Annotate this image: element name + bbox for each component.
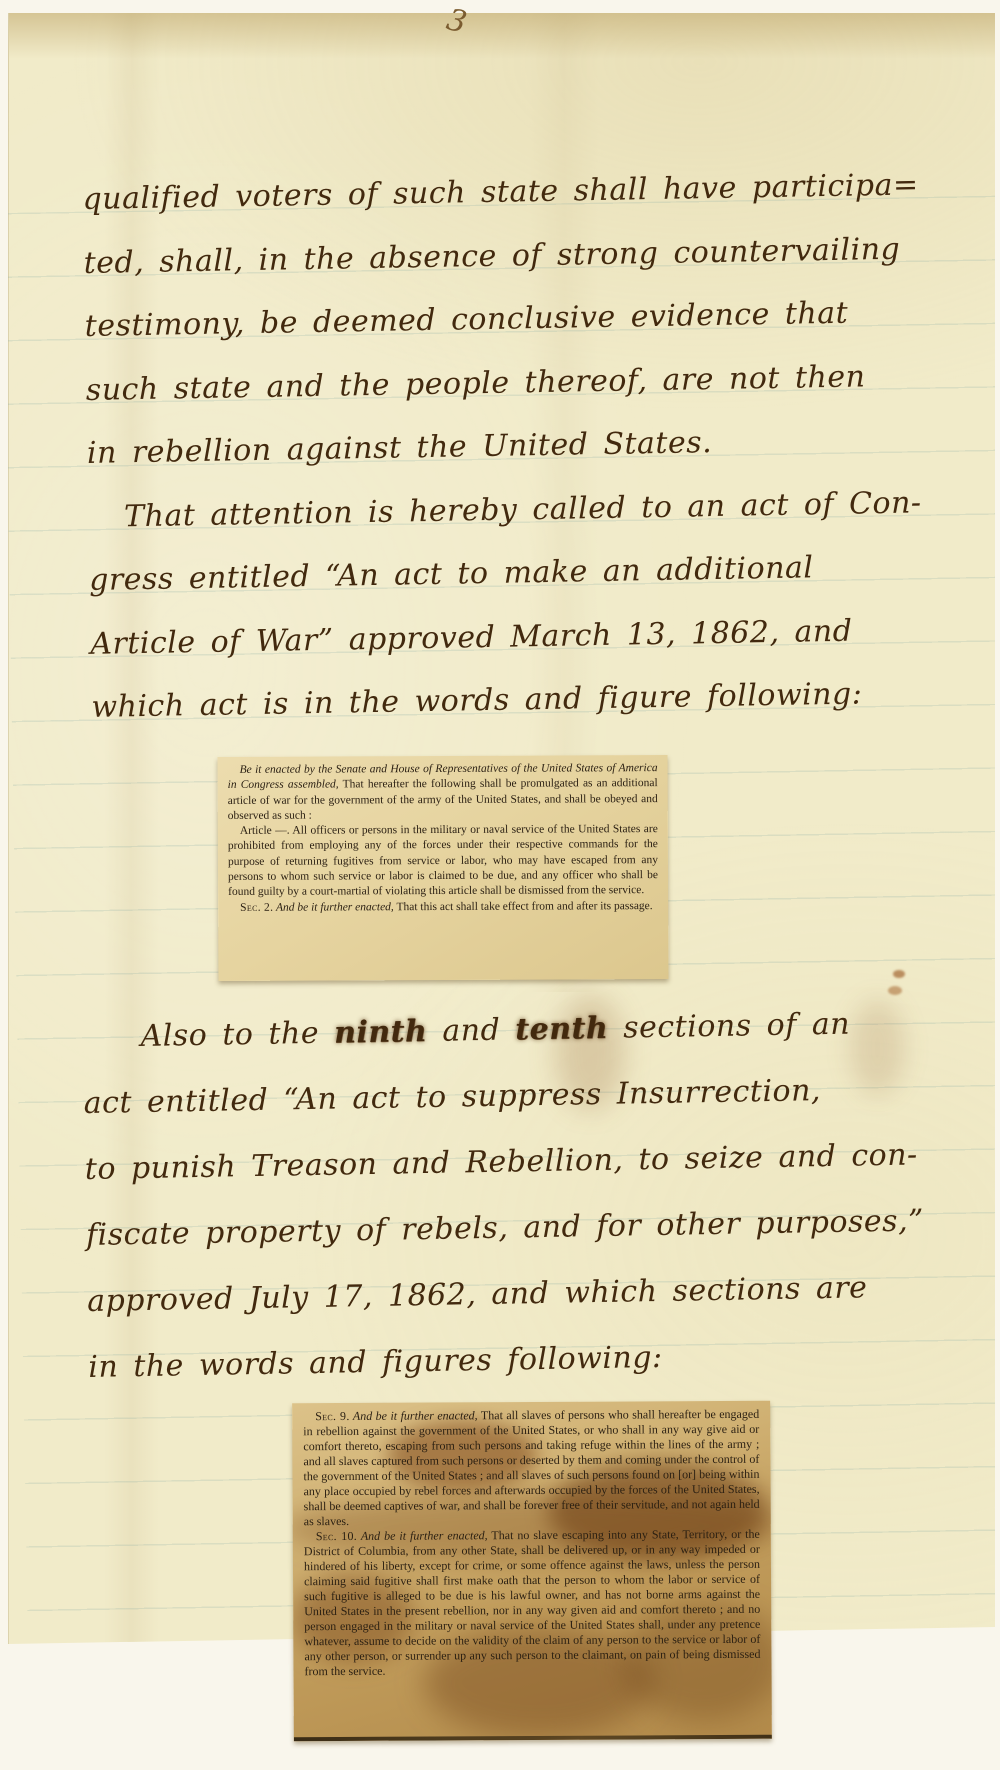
corrected-word: ninth — [334, 1014, 428, 1051]
enacting-clause: And be it further enacted, — [357, 1528, 488, 1543]
handwriting-segment: sections of an — [608, 1007, 850, 1046]
clipping-paragraph: Article —. All officers or persons in th… — [228, 822, 658, 900]
paragraph-text: Article —. All officers or persons in th… — [228, 823, 658, 898]
handwritten-paragraph-2: Also to the ninth and tenth sections of … — [82, 990, 961, 1401]
paragraph-text: That no slave escaping into any State, T… — [304, 1527, 761, 1678]
clipping-paragraph: Sec. 9. And be it further enacted, That … — [303, 1407, 760, 1529]
section-label: Sec. 9. — [315, 1409, 350, 1423]
enacting-clause: And be it further enacted, — [350, 1408, 478, 1423]
handwritten-paragraph-1: qualified voters of such state shall hav… — [82, 153, 964, 740]
handwriting-segment: Also to the — [140, 1016, 334, 1054]
paragraph-text: That this act shall take effect from and… — [394, 900, 653, 913]
enacting-clause: And be it further enacted, — [273, 901, 394, 914]
corrected-word: tenth — [515, 1011, 609, 1048]
section-label: Sec. 10. — [316, 1529, 357, 1543]
clipping-paragraph: Sec. 10. And be it further enacted, That… — [304, 1527, 761, 1679]
section-label: Sec. 2. — [240, 901, 273, 913]
pasted-clipping-article-of-war: Be it enacted by the Senate and House of… — [218, 755, 669, 981]
paragraph-text: That all slaves of persons who shall her… — [303, 1407, 759, 1528]
document-scan: 3 qualified voters of such state shall h… — [0, 0, 1000, 1770]
pasted-clipping-confiscation-act: Sec. 9. And be it further enacted, That … — [292, 1401, 772, 1741]
clipping-paragraph: Be it enacted by the Senate and House of… — [228, 761, 658, 824]
clipping-paragraph: Sec. 2. And be it further enacted, That … — [228, 899, 658, 916]
handwriting-segment: and — [427, 1012, 516, 1049]
